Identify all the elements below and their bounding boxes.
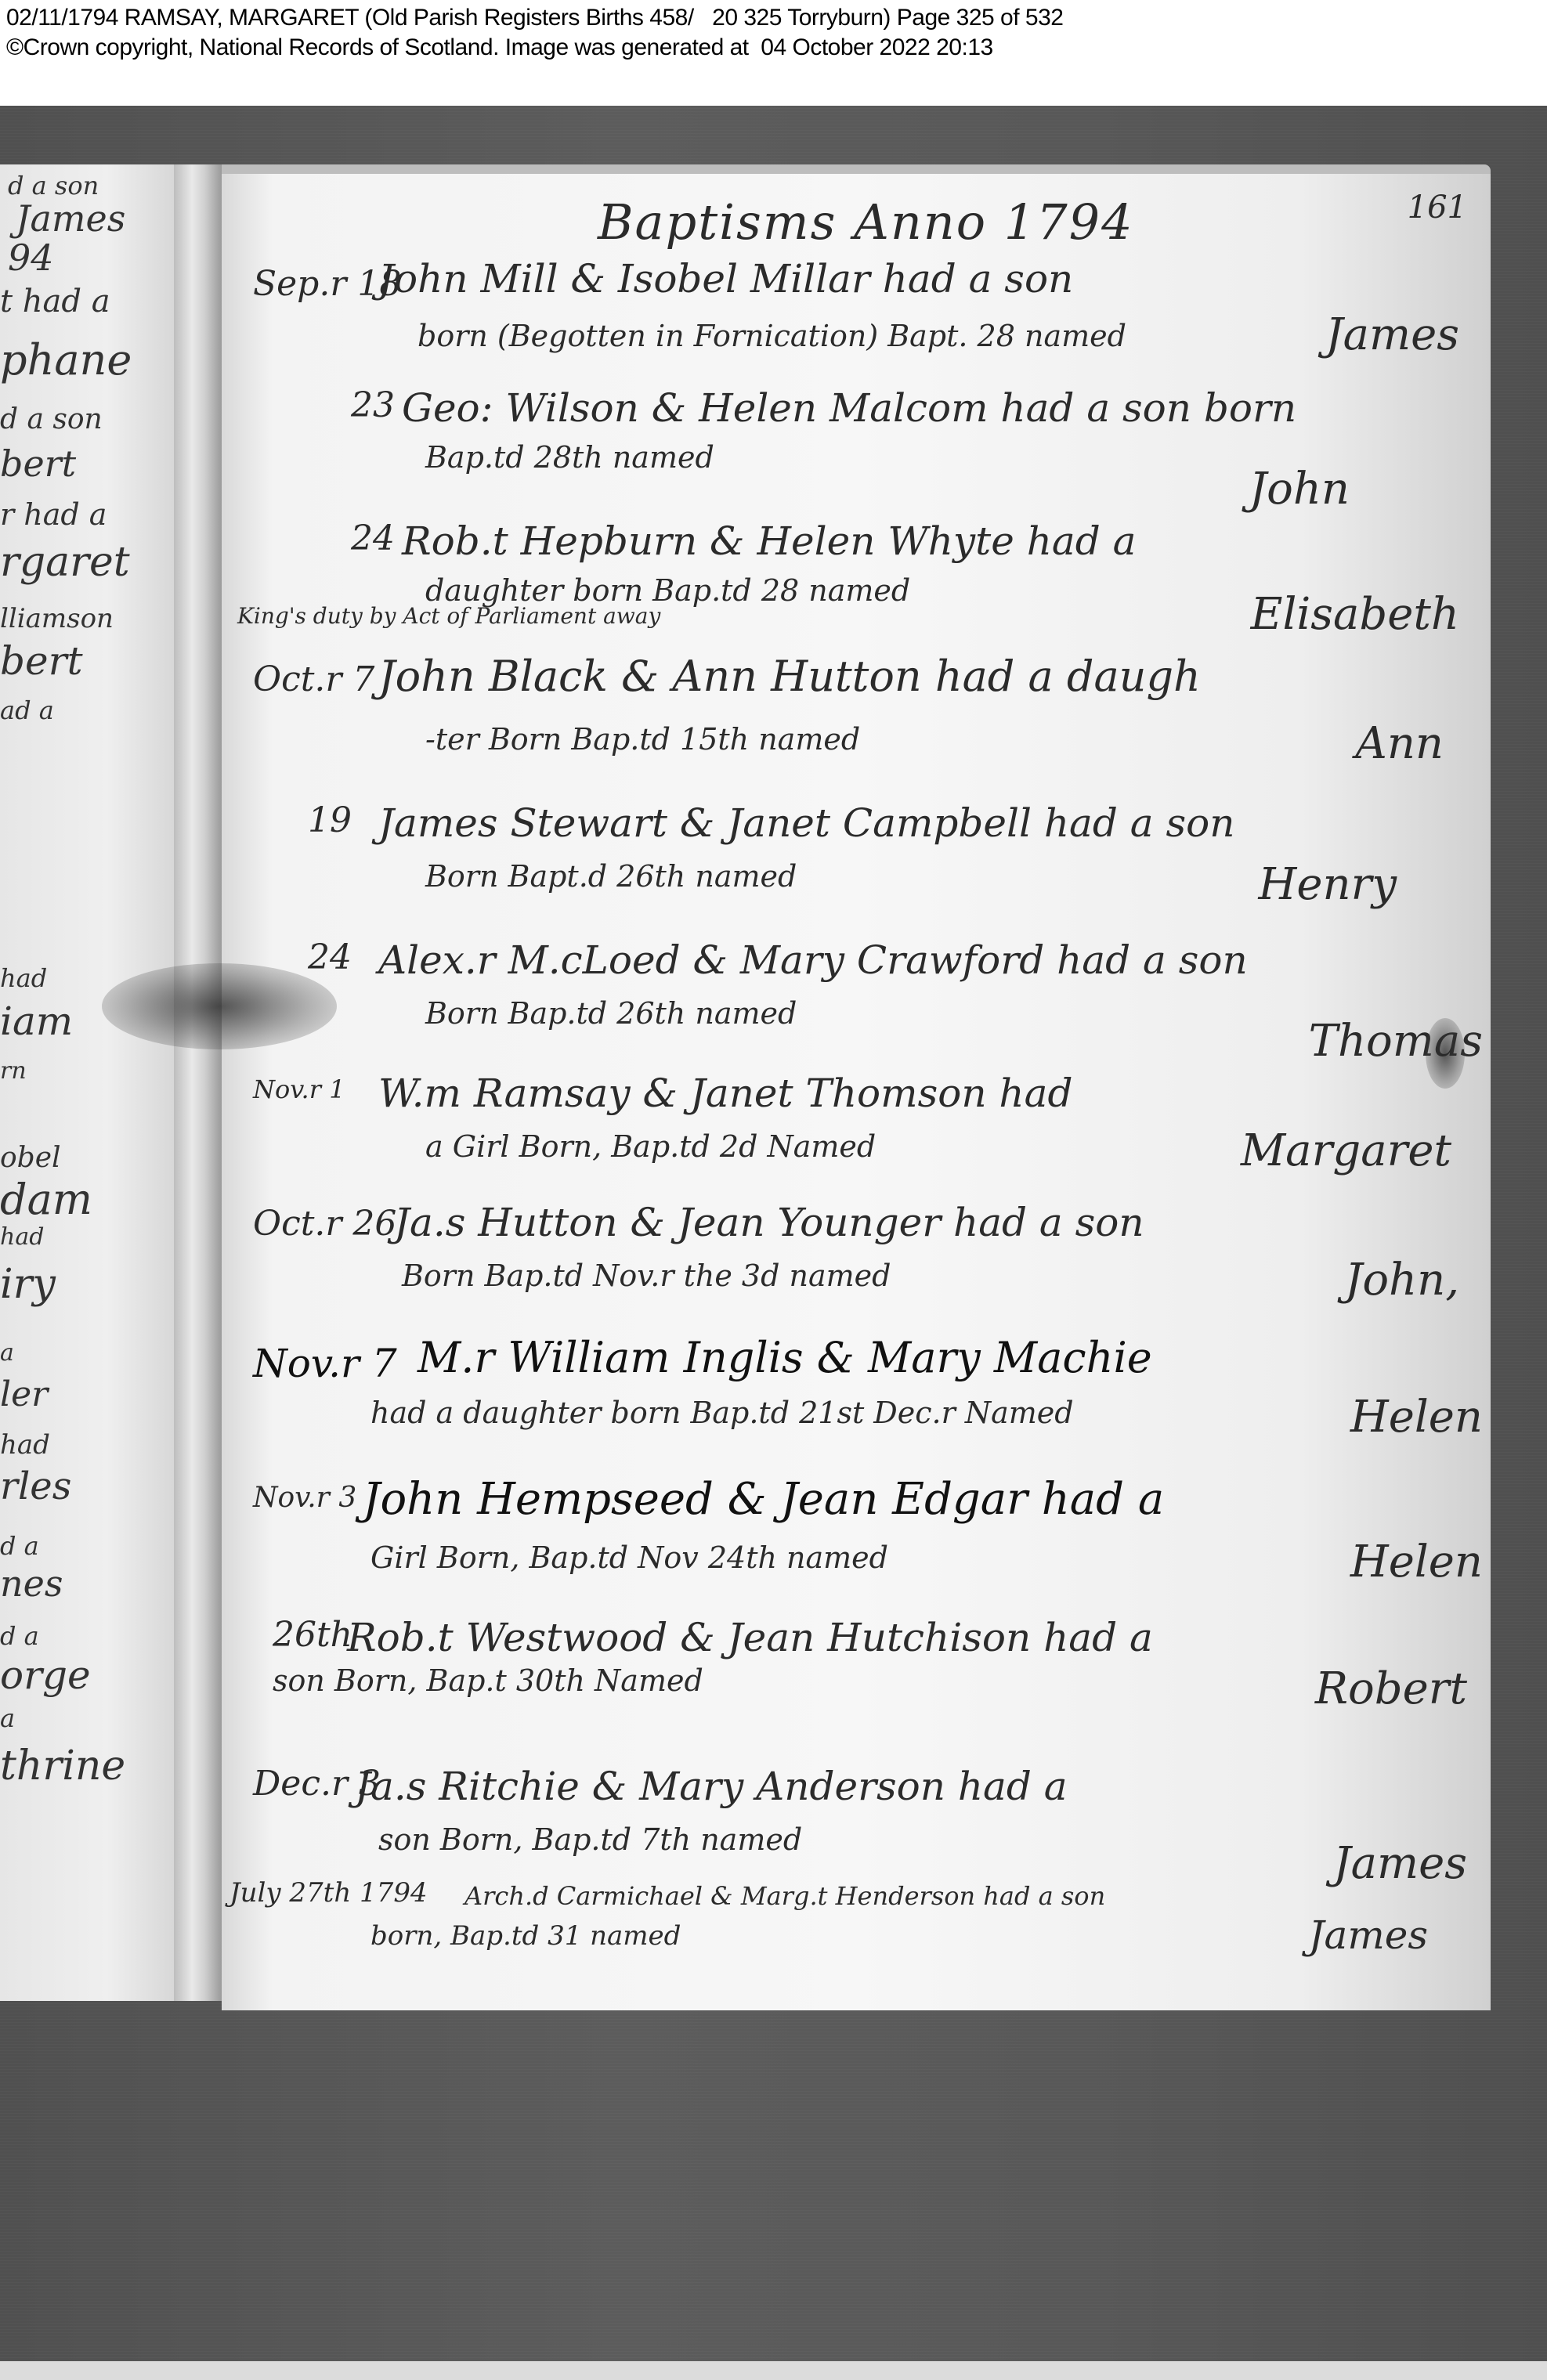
- fragment-line: d a son: [0, 403, 103, 435]
- entry-date: 19: [308, 800, 352, 840]
- entry-child-name: Elisabeth: [1251, 589, 1459, 640]
- fragment-line: James: [16, 197, 125, 240]
- entry-child-name: Margaret: [1241, 1125, 1451, 1176]
- fragment-line: t had a: [0, 284, 110, 320]
- entry-parents: Rob.t Hepburn & Helen Whyte had a: [402, 518, 1136, 564]
- entry-child-name: James: [1325, 309, 1459, 360]
- entry-details: Born Bap.td 26th named: [425, 996, 797, 1031]
- entry-child-name: Ann: [1355, 718, 1444, 769]
- entry-child-name: James: [1333, 1838, 1467, 1889]
- page-title: Baptisms Anno 1794: [598, 193, 1134, 251]
- entry-details: Girl Born, Bap.td Nov 24th named: [370, 1540, 888, 1575]
- fragment-line: rles: [0, 1464, 71, 1508]
- image-caption: 02/11/1794 RAMSAY, MARGARET (Old Parish …: [6, 3, 1542, 63]
- entry-details: son Born, Bap.td 7th named: [378, 1822, 802, 1857]
- fragment-line: 94: [8, 237, 54, 279]
- entry-parents: John Mill & Isobel Millar had a son: [378, 256, 1073, 302]
- entry-parents: Ja.s Hutton & Jean Younger had a son: [394, 1200, 1144, 1245]
- entry-date: Oct.r 26: [253, 1204, 396, 1244]
- entry-parents: W.m Ramsay & Janet Thomson had: [378, 1071, 1072, 1116]
- entry-date: July 27th 1794: [230, 1877, 428, 1909]
- entry-date: Nov.r 3: [253, 1482, 356, 1514]
- fragment-line: ler: [0, 1374, 48, 1414]
- entry-details: a Girl Born, Bap.td 2d Named: [425, 1129, 876, 1164]
- fragment-line: phane: [0, 335, 132, 385]
- entry-date: 23: [351, 385, 395, 425]
- copyright-notice: ©Crown copyright, National Records of Sc…: [6, 33, 1542, 63]
- fragment-line: had: [0, 1223, 44, 1251]
- entry-child-name: Henry: [1259, 859, 1397, 910]
- entry-details: Bap.td 28th named: [425, 440, 714, 475]
- fragment-line: r had a: [0, 497, 107, 532]
- fragment-line: orge: [0, 1652, 91, 1698]
- fragment-line: ad a: [0, 695, 54, 725]
- fragment-line: d a son: [8, 171, 99, 200]
- entry-date: Oct.r 7: [253, 659, 374, 699]
- fragment-line: rn: [0, 1057, 27, 1085]
- entry-child-name: Helen: [1350, 1392, 1483, 1443]
- fragment-line: bert: [0, 638, 83, 684]
- fragment-line: nes: [0, 1562, 63, 1605]
- fragment-line: d a: [0, 1621, 39, 1651]
- fragment-line: obel: [0, 1142, 61, 1174]
- register-page: Baptisms Anno 1794 161 Sep.r 18 John Mil…: [222, 164, 1491, 2010]
- fragment-line: lliamson: [0, 603, 114, 634]
- entry-parents: John Hempseed & Jean Edgar had a: [363, 1474, 1164, 1525]
- entry-details: son Born, Bap.t 30th Named: [273, 1663, 703, 1698]
- fragment-line: had: [0, 963, 47, 993]
- entry-details: born, Bap.td 31 named: [370, 1920, 681, 1952]
- entry-parents: Alex.r M.cLoed & Mary Crawford had a son: [378, 937, 1248, 983]
- entry-child-name: Helen: [1350, 1537, 1483, 1587]
- entry-details: born (Begotten in Fornication) Bapt. 28 …: [417, 319, 1126, 353]
- entry-parents: Arch.d Carmichael & Marg.t Henderson had…: [464, 1881, 1105, 1911]
- entry-details: Born Bapt.d 26th named: [425, 859, 797, 894]
- entry-child-name: Robert: [1315, 1663, 1467, 1714]
- fragment-line: a: [0, 1703, 15, 1733]
- entry-date: 24: [351, 518, 395, 558]
- fragment-line: iam: [0, 999, 73, 1044]
- fragment-line: bert: [0, 442, 76, 485]
- entry-child-name: James: [1308, 1912, 1428, 1958]
- fragment-line: d a: [0, 1531, 39, 1561]
- ink-stain: [1426, 1018, 1465, 1089]
- fragment-line: iry: [0, 1261, 56, 1308]
- fragment-line: dam: [0, 1175, 92, 1224]
- previous-page-fragment: d a son James 94 t had a phane d a son b…: [0, 164, 181, 2001]
- entry-details: Born Bap.td Nov.r the 3d named: [402, 1259, 891, 1293]
- entry-parents: James Stewart & Janet Campbell had a son: [378, 800, 1234, 846]
- entry-child-name: John: [1249, 464, 1350, 515]
- entry-details: had a daughter born Bap.td 21st Dec.r Na…: [370, 1396, 1074, 1430]
- entry-parents: M.r William Inglis & Mary Machie: [417, 1333, 1152, 1382]
- entry-parents: Rob.t Westwood & Jean Hutchison had a: [347, 1615, 1153, 1660]
- fragment-line: rgaret: [0, 539, 130, 586]
- page-number: 161: [1408, 190, 1467, 226]
- entry-margin-note: King's duty by Act of Parliament away: [237, 603, 660, 629]
- record-reference: 02/11/1794 RAMSAY, MARGARET (Old Parish …: [6, 3, 1542, 33]
- entry-parents: Geo: Wilson & Helen Malcom had a son bor…: [402, 385, 1296, 431]
- entry-parents: Ja.s Ritchie & Mary Anderson had a: [355, 1764, 1068, 1809]
- book-spine-fold: [174, 164, 226, 2001]
- entry-date: Nov.r 7: [253, 1341, 397, 1386]
- fragment-line: had: [0, 1429, 50, 1461]
- fragment-line: thrine: [0, 1743, 125, 1790]
- entry-date: 26th: [273, 1615, 352, 1655]
- fragment-line: a: [0, 1339, 14, 1367]
- entry-parents: John Black & Ann Hutton had a daugh: [378, 652, 1201, 701]
- entry-child-name: John,: [1345, 1255, 1459, 1306]
- entry-details: -ter Born Bap.td 15th named: [425, 722, 860, 757]
- ink-stain: [102, 963, 337, 1049]
- entry-date: Nov.r 1: [253, 1074, 345, 1104]
- entry-date: 24: [308, 937, 352, 977]
- footer-strip: [0, 2361, 1547, 2380]
